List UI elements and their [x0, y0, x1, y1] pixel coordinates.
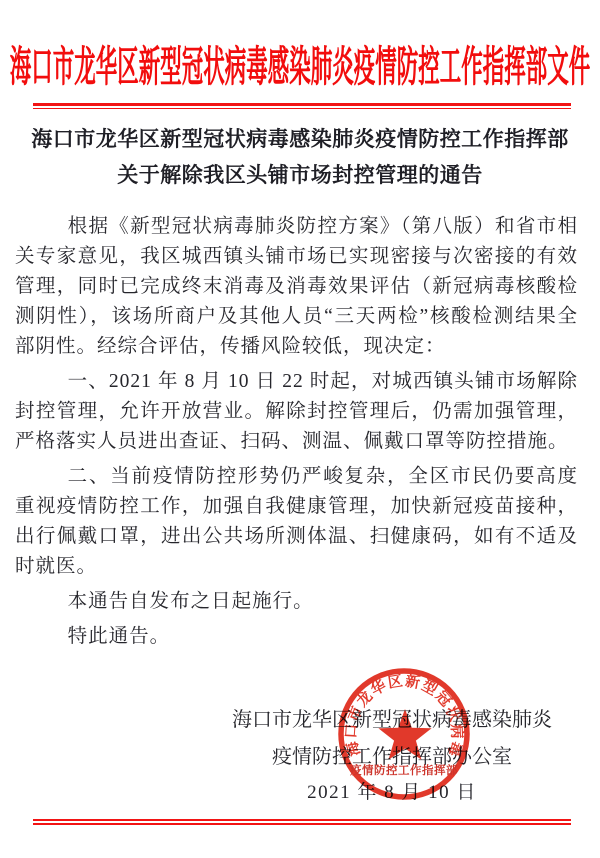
title-line-2: 关于解除我区头铺市场封控管理的通告	[0, 157, 600, 193]
signature-date: 2021 年 8 月 10 日	[196, 776, 588, 810]
header-banner-text: 海口市龙华区新型冠状病毒感染肺炎疫情防控工作指挥部文件	[10, 34, 591, 94]
body-paragraph-5: 特此通告。	[15, 622, 578, 652]
document-page: 海口市龙华区新型冠状病毒感染肺炎疫情防控工作指挥部文件 海口市龙华区新型冠状病毒…	[0, 0, 600, 858]
body-paragraph-4: 本通告自发布之日起施行。	[15, 587, 578, 617]
body-paragraph-3: 二、当前疫情防控形势仍严峻复杂，全区市民仍要高度重视疫情防控工作，加强自我健康管…	[15, 462, 578, 582]
document-body: 根据《新型冠状病毒肺炎防控方案》（第八版）和省市相关专家意见，我区城西镇头铺市场…	[15, 212, 578, 657]
signature-line-2: 疫情防控工作指挥部办公室	[196, 739, 588, 776]
document-header-banner: 海口市龙华区新型冠状病毒感染肺炎疫情防控工作指挥部文件	[0, 32, 600, 96]
title-line-1: 海口市龙华区新型冠状病毒感染肺炎疫情防控工作指挥部	[0, 121, 600, 157]
header-divider-rule	[33, 103, 571, 109]
body-paragraph-2: 一、2021 年 8 月 10 日 22 时起，对城西镇头铺市场解除封控管理，允…	[15, 367, 578, 457]
body-paragraph-1: 根据《新型冠状病毒肺炎防控方案》（第八版）和省市相关专家意见，我区城西镇头铺市场…	[15, 212, 578, 362]
footer-divider-rule	[33, 819, 571, 825]
signature-line-1: 海口市龙华区新型冠状病毒感染肺炎	[196, 702, 588, 739]
signature-block: 海口市龙华区新型冠状病毒感染肺炎 疫情防控工作指挥部办公室 2021 年 8 月…	[196, 702, 588, 810]
document-title: 海口市龙华区新型冠状病毒感染肺炎疫情防控工作指挥部 关于解除我区头铺市场封控管理…	[0, 121, 600, 193]
